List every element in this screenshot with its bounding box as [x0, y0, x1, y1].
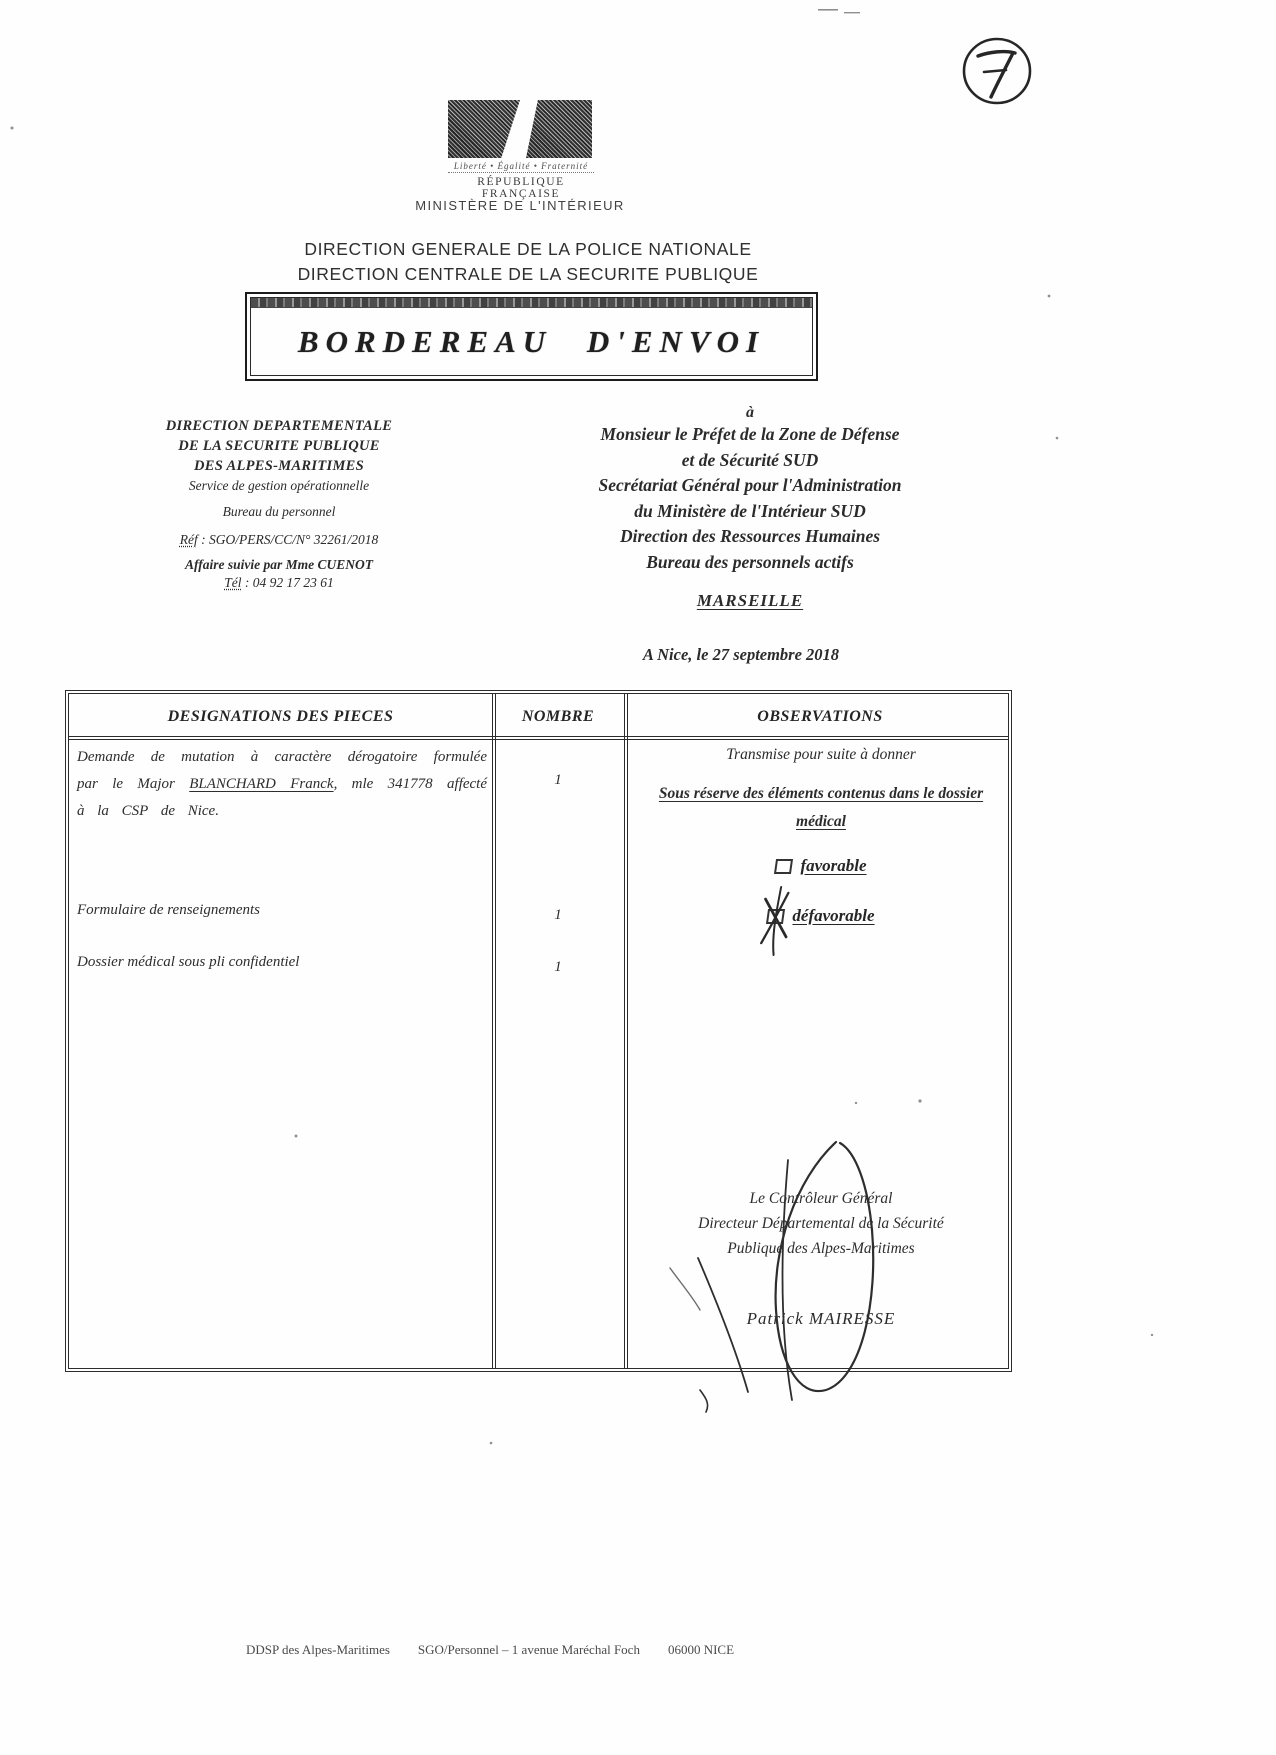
recipient-line-5: Direction des Ressources Humaines: [515, 524, 985, 550]
sender-reference: Réf : SGO/PERS/CC/N° 32261/2018: [118, 532, 440, 548]
recipient-line-6: Bureau des personnels actifs: [515, 550, 985, 576]
designation-row-3: Dossier médical sous pli confidentiel: [77, 954, 487, 971]
signatory-name: Patrick MAIRESSE: [632, 1309, 1010, 1329]
signatory-title-2: Directeur Départemental de la Sécurité: [632, 1211, 1010, 1236]
republic-label: RÉPUBLIQUE FRANÇAISE: [438, 176, 604, 200]
defavorable-checkbox-checked-icon: [766, 909, 785, 924]
direction-line-2: DIRECTION CENTRALE DE LA SECURITE PUBLIQ…: [208, 264, 848, 285]
republic-motto: Liberté • Égalité • Fraternité: [448, 161, 594, 173]
header-cell-designations: DESIGNATIONS DES PIECES: [69, 694, 492, 740]
header-cell-observations: OBSERVATIONS: [624, 694, 1016, 740]
recipient-line-3: Secrétariat Général pour l'Administratio…: [515, 473, 985, 499]
favorable-checkbox-unchecked-icon: [774, 859, 793, 874]
dispatch-title-frame: BORDEREAU D'ENVOI: [250, 297, 813, 376]
sender-line-2: DE LA SECURITE PUBLIQUE: [118, 436, 440, 456]
logo-noise-right-icon: [526, 100, 592, 158]
favorable-option: favorable: [632, 856, 1010, 876]
nombre-value-2: 1: [492, 907, 624, 924]
recipient-city: MARSEILLE: [515, 591, 985, 611]
pieces-table: DESIGNATIONS DES PIECES NOMBRE OBSERVATI…: [65, 690, 1012, 1372]
sender-line-1: DIRECTION DEPARTEMENTALE: [118, 416, 440, 436]
defavorable-label: défavorable: [792, 906, 874, 926]
sender-line-3: DES ALPES-MARITIMES: [118, 456, 440, 476]
footer-city: 06000 NICE: [654, 1642, 748, 1657]
direction-line-1: DIRECTION GENERALE DE LA POLICE NATIONAL…: [208, 239, 848, 260]
page-number-annotation: [964, 39, 1030, 103]
document-title: BORDEREAU D'ENVOI: [251, 312, 812, 372]
designation-officer-name: BLANCHARD Franck: [189, 776, 333, 792]
sender-service: Service de gestion opérationnelle: [118, 478, 440, 494]
defavorable-option: défavorable: [632, 906, 1010, 926]
recipient-line-2: et de Sécurité SUD: [515, 448, 985, 474]
marianne-logo: Liberté • Égalité • Fraternité RÉPUBLIQU…: [448, 100, 594, 200]
sender-block: DIRECTION DEPARTEMENTALE DE LA SECURITE …: [118, 416, 440, 591]
handwritten-x-mark-icon: [750, 885, 808, 957]
recipient-to: à: [515, 404, 985, 422]
designation-row-1: Demande de mutation à caractère dérogato…: [77, 744, 487, 825]
nombre-value-1: 1: [492, 772, 624, 789]
ref-label: Réf: [180, 532, 198, 547]
sender-telephone: Tél : 04 92 17 23 61: [118, 575, 440, 591]
sender-bureau: Bureau du personnel: [118, 504, 440, 520]
nombre-value-3: 1: [492, 959, 624, 976]
recipient-block: à Monsieur le Préfet de la Zone de Défen…: [515, 404, 985, 611]
favorable-label: favorable: [800, 856, 866, 876]
recipient-line-1: Monsieur le Préfet de la Zone de Défense: [515, 422, 985, 448]
ministry-label: MINISTÈRE DE L'INTÉRIEUR: [370, 198, 670, 213]
recipient-line-4: du Ministère de l'Intérieur SUD: [515, 499, 985, 525]
observation-reserve: Sous réserve des éléments contenus dans …: [632, 780, 1010, 836]
signatory-title-block: Le Contrôleur Général Directeur Départem…: [632, 1186, 1010, 1261]
dateline: A Nice, le 27 septembre 2018: [596, 645, 886, 665]
dispatch-title-box: BORDEREAU D'ENVOI: [245, 292, 818, 381]
table-column-divider: [492, 694, 496, 1368]
footer-address: DDSP des Alpes-MaritimesSGO/Personnel – …: [128, 1642, 852, 1658]
signatory-title-1: Le Contrôleur Général: [632, 1186, 1010, 1211]
signatory-title-3: Publique des Alpes-Maritimes: [632, 1236, 1010, 1261]
tel-value: : 04 92 17 23 61: [242, 575, 334, 590]
observation-transmise: Transmise pour suite à donner: [632, 746, 1010, 764]
footer-service: SGO/Personnel – 1 avenue Maréchal Foch: [404, 1642, 654, 1657]
footer-org: DDSP des Alpes-Maritimes: [232, 1642, 404, 1657]
header-cell-nombre: NOMBRE: [492, 694, 624, 740]
designation-row-2: Formulaire de renseignements: [77, 902, 487, 919]
ref-value: : SGO/PERS/CC/N° 32261/2018: [198, 532, 379, 547]
logo-noise-left-icon: [448, 100, 520, 158]
scanned-document-page: Liberté • Égalité • Fraternité RÉPUBLIQU…: [0, 0, 1276, 1755]
sender-followed-by: Affaire suivie par Mme CUENOT: [118, 557, 440, 573]
table-column-divider: [624, 694, 628, 1368]
tel-label: Tél: [224, 575, 241, 590]
hatch-band: [251, 298, 812, 308]
